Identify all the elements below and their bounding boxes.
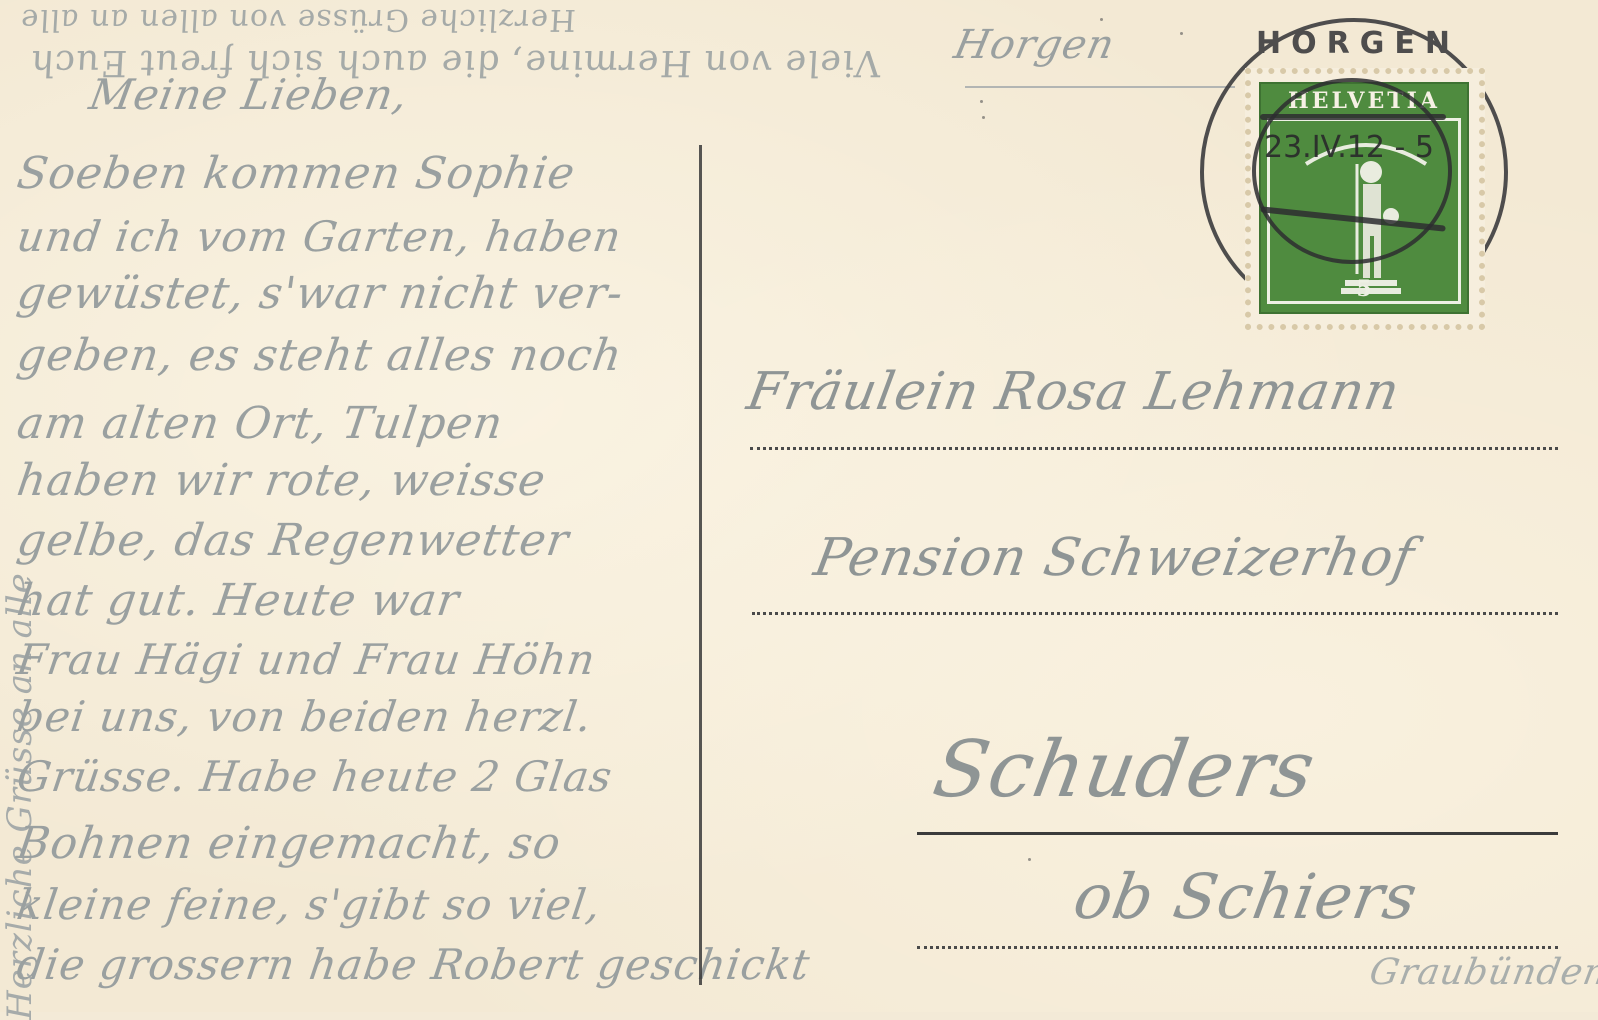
paper-speck — [1180, 32, 1183, 35]
salutation: Meine Lieben, — [86, 70, 413, 119]
address-rule-4 — [917, 946, 1558, 949]
paper-speck — [1028, 858, 1031, 861]
postcard: Herzliche Grüsse von allen an alle Viele… — [0, 0, 1598, 1012]
address-line-1: Fräulein Rosa Lehmann — [743, 362, 1405, 422]
message-line: geben, es steht alles noch — [14, 330, 626, 381]
postage-stamp: HELVETIA 5 — [1245, 68, 1485, 330]
message-line: die grossern habe Robert geschickt — [14, 940, 813, 989]
message-line: Grüsse. Habe heute 2 Glas — [14, 752, 616, 801]
message-line: Soeben kommen Sophie — [14, 148, 579, 199]
postmark-town: HORGEN — [1254, 26, 1462, 61]
message-line: kleine feine, s'gibt so viel, — [14, 880, 604, 929]
stamp-value: 5 — [1261, 276, 1467, 302]
message-line: Frau Hägi und Frau Höhn — [14, 635, 599, 684]
address-rule-2 — [752, 612, 1558, 615]
message-line: und ich vom Garten, haben — [14, 212, 625, 261]
address-rule-1 — [750, 447, 1558, 450]
message-line: gewüstet, s'war nicht ver- — [14, 268, 627, 319]
address-rule-3 — [917, 832, 1558, 835]
paper-speck — [980, 100, 983, 103]
address-line-4: ob Schiers — [1069, 860, 1424, 933]
upside-down-note-1: Herzliche Grüsse von allen an alle — [18, 2, 578, 37]
paper-speck — [982, 116, 985, 119]
stamp-country: HELVETIA — [1261, 88, 1467, 114]
sender-note-underline — [965, 86, 1235, 88]
crossbow-icon — [1301, 134, 1431, 174]
message-line: am alten Ort, Tulpen — [14, 398, 507, 449]
address-line-2: Pension Schweizerhof — [810, 528, 1419, 588]
stamp-face: HELVETIA 5 — [1259, 82, 1469, 314]
card-divider — [699, 145, 702, 985]
message-line: bei uns, von beiden herzl. — [14, 692, 595, 741]
address-region: Graubünden — [1366, 952, 1598, 993]
message-line: hat gut. Heute war — [14, 575, 463, 626]
message-line: haben wir rote, weisse — [14, 455, 549, 506]
address-line-3: Schuders — [927, 725, 1322, 815]
paper-speck — [1100, 18, 1103, 21]
sender-place-note: Horgen — [950, 22, 1119, 68]
message-line: gelbe, das Regenwetter — [14, 515, 572, 566]
message-line: Bohnen eingemacht, so — [14, 818, 564, 869]
